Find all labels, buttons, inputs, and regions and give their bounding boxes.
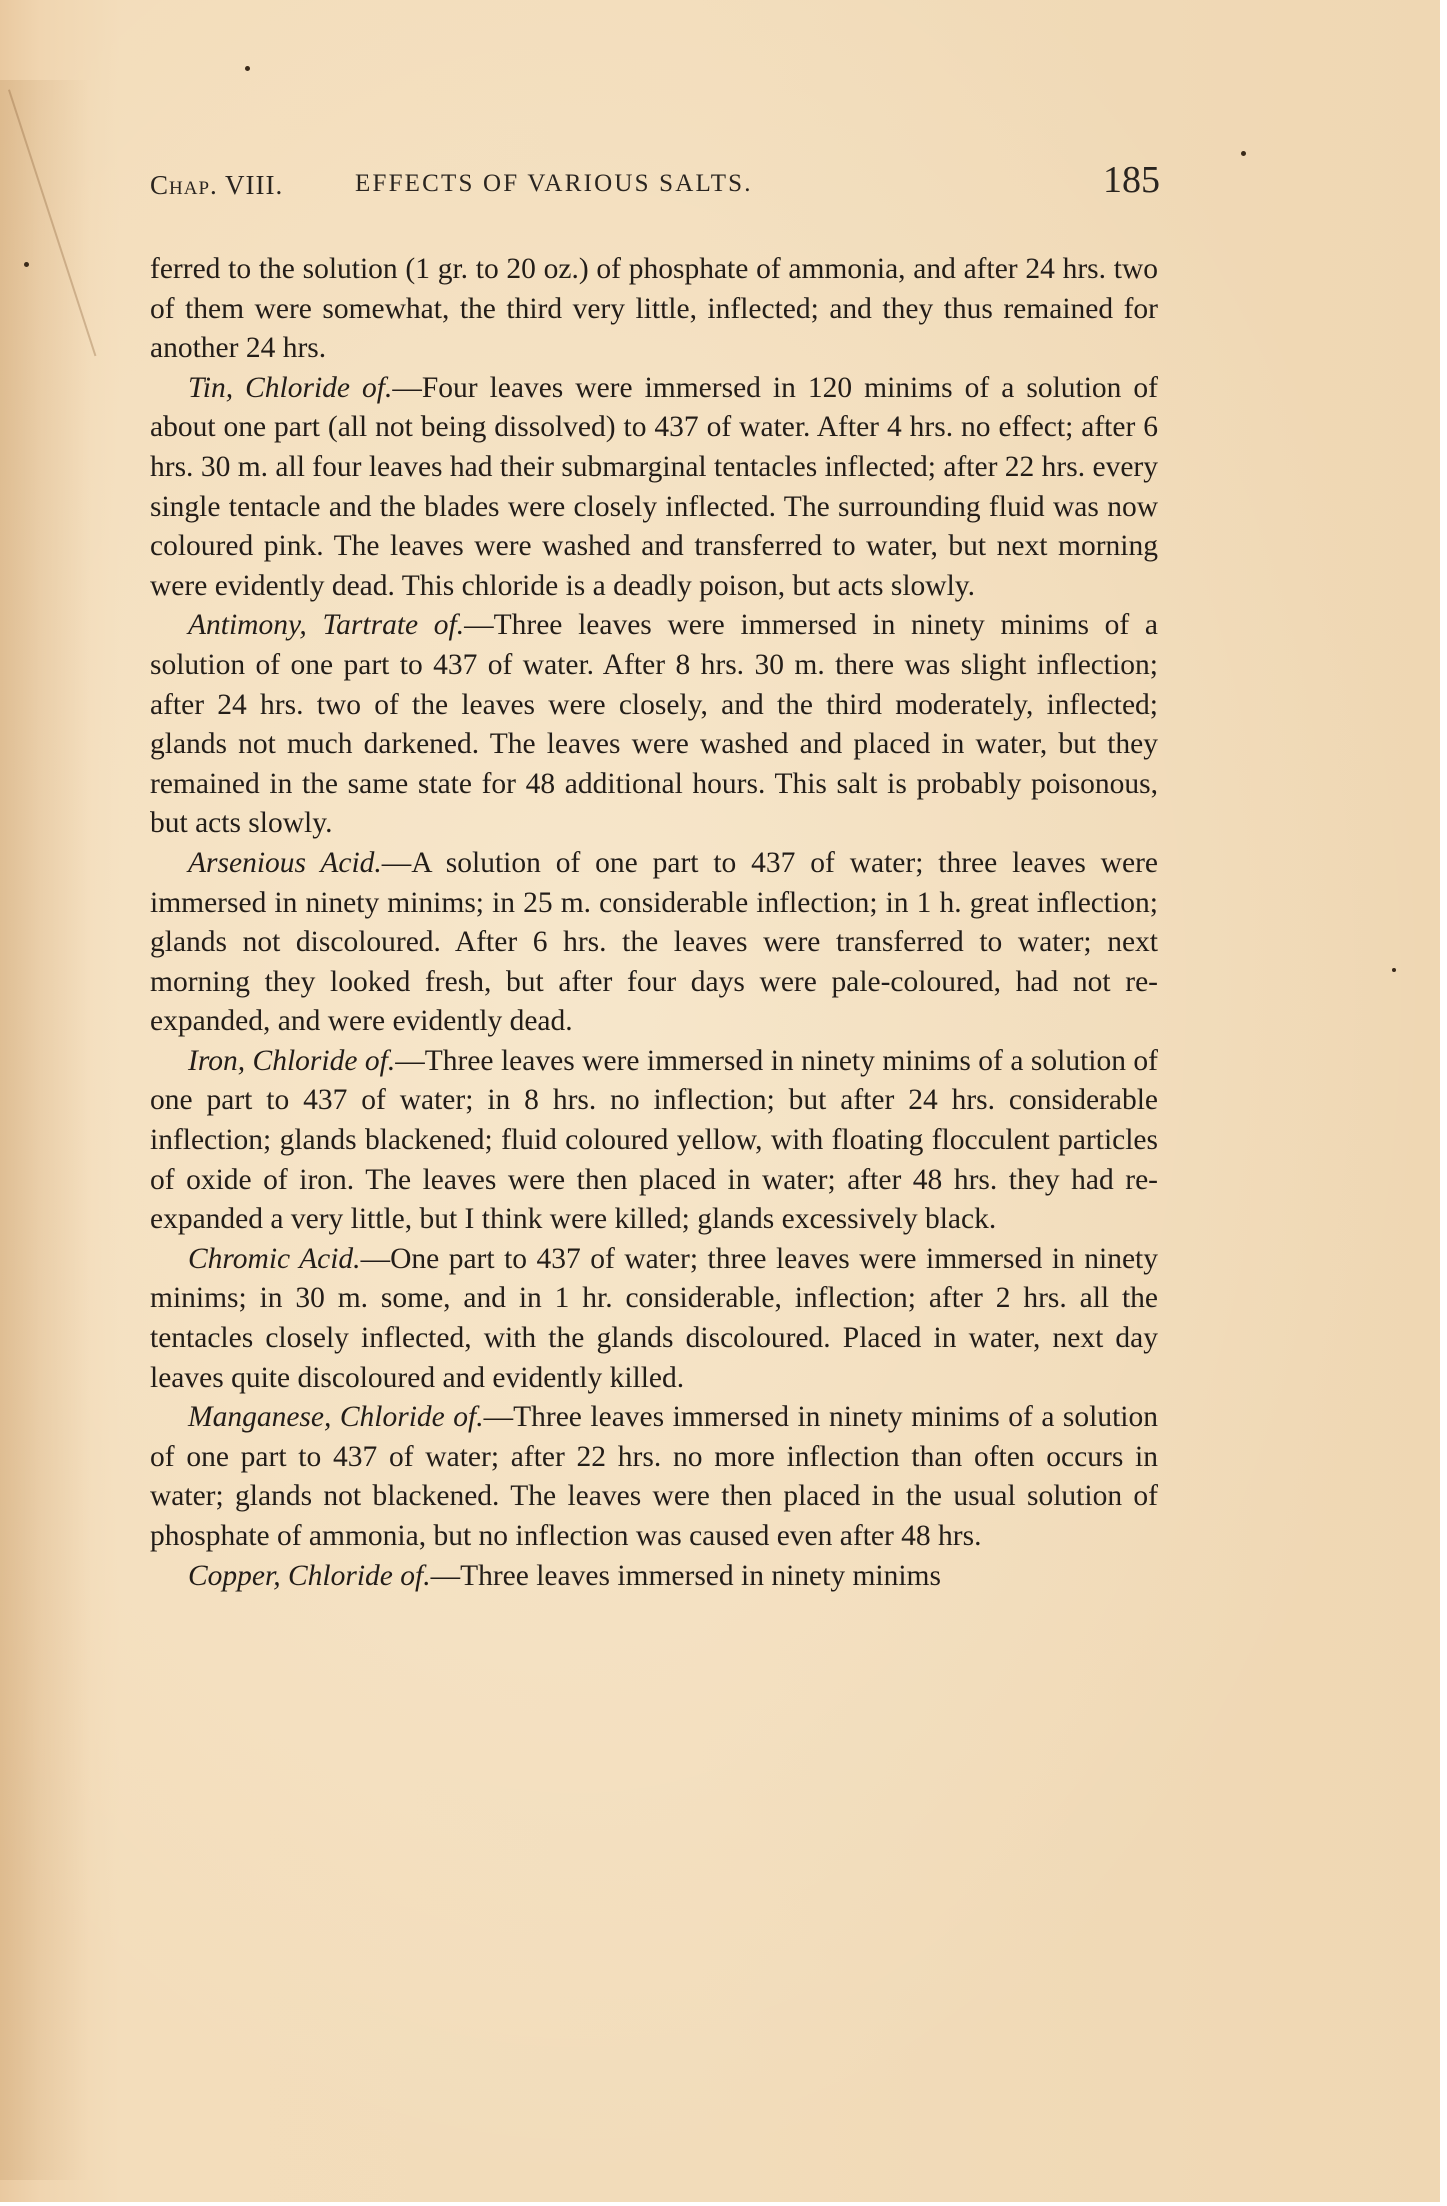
running-title: EFFECTS OF VARIOUS SALTS. (355, 170, 753, 198)
paragraph-lead: Tin, Chloride of. (188, 372, 392, 404)
paper-speck (1241, 151, 1246, 156)
paper-speck (24, 262, 29, 267)
paragraph-lead: Antimony, Tartrate of. (188, 609, 464, 641)
paragraph-lead: Copper, Chloride of. (188, 1560, 431, 1592)
page-number: 185 (1103, 158, 1160, 202)
paragraph-continuation: ferred to the solution (1 gr. to 20 oz.)… (150, 250, 1158, 369)
paragraph-lead: Iron, Chloride of. (188, 1045, 395, 1077)
paragraph-tin-chloride: Tin, Chloride of.—Four leaves were immer… (150, 369, 1158, 607)
page-crease-shadow (0, 80, 90, 2180)
paragraph-text: ferred to the solution (1 gr. to 20 oz.)… (150, 253, 1158, 364)
paragraph-text: —Three leaves were immersed in ninety mi… (150, 609, 1158, 839)
paragraph-text: —Four leaves were immersed in 120 minims… (150, 372, 1158, 602)
paper-speck (1392, 968, 1396, 972)
paragraph-text: —Three leaves immersed in ninety minims (431, 1560, 941, 1592)
paragraph-lead: Manganese, Chloride of. (188, 1401, 484, 1433)
paragraph-manganese-chloride: Manganese, Chloride of.—Three leaves imm… (150, 1398, 1158, 1556)
paragraph-lead: Chromic Acid. (188, 1243, 361, 1275)
running-header: Chap. VIII. EFFECTS OF VARIOUS SALTS. 18… (150, 158, 1160, 208)
chapter-label: Chap. VIII. (150, 170, 283, 201)
paragraph-arsenious-acid: Arsenious Acid.—A solution of one part t… (150, 844, 1158, 1042)
book-page: Chap. VIII. EFFECTS OF VARIOUS SALTS. 18… (0, 0, 1440, 2202)
body-text: ferred to the solution (1 gr. to 20 oz.)… (150, 250, 1158, 1596)
paragraph-copper-chloride: Copper, Chloride of.—Three leaves immers… (150, 1557, 1158, 1597)
paragraph-lead: Arsenious Acid. (188, 847, 382, 879)
paragraph-antimony-tartrate: Antimony, Tartrate of.—Three leaves were… (150, 606, 1158, 844)
paragraph-chromic-acid: Chromic Acid.—One part to 437 of water; … (150, 1240, 1158, 1398)
paper-speck (245, 66, 250, 71)
paragraph-iron-chloride: Iron, Chloride of.—Three leaves were imm… (150, 1042, 1158, 1240)
